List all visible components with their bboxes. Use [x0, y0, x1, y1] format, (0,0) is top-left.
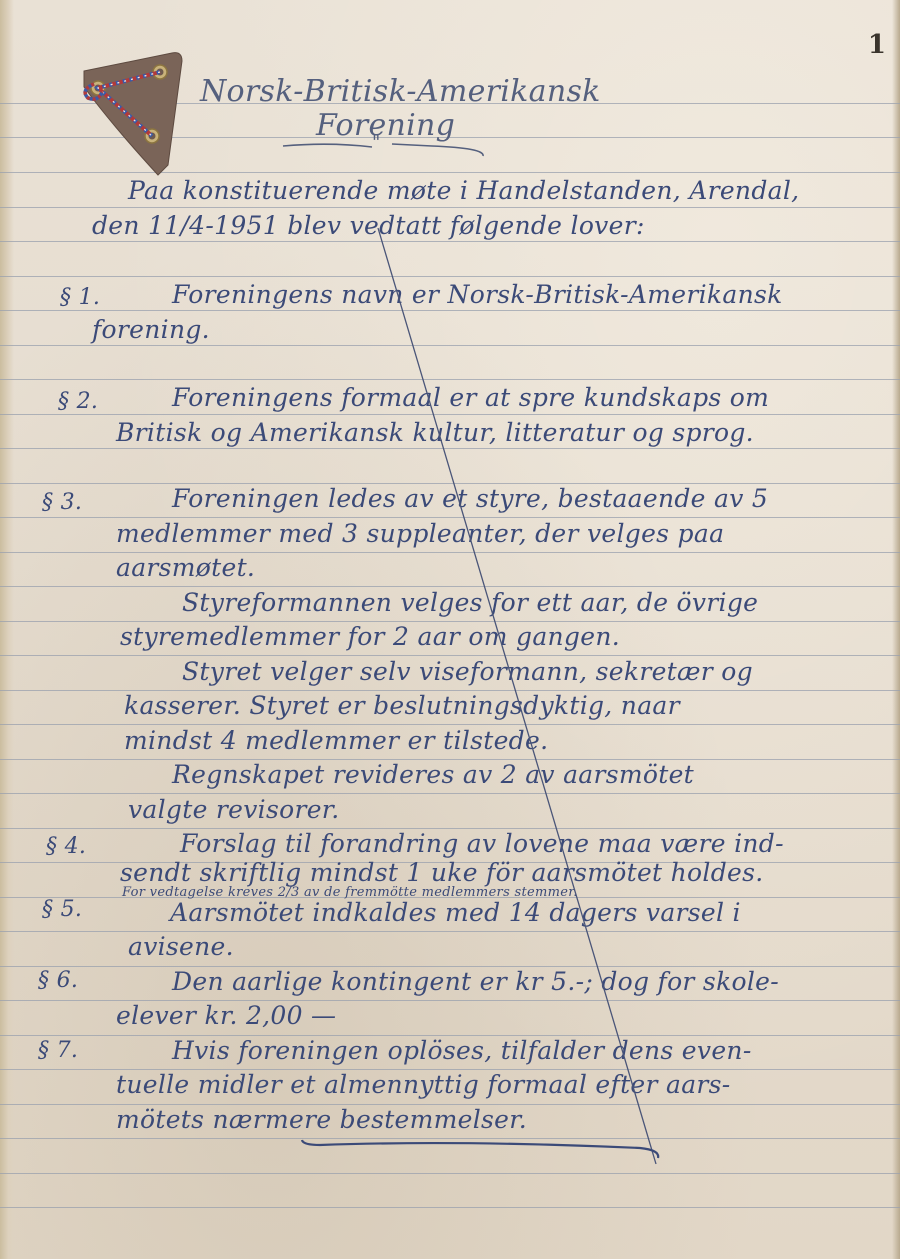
section-3-line-3: aarsmøtet. [116, 553, 255, 582]
ledger-page: 1 Norsk-Britisk-Amerikansk Forening " Pa… [0, 0, 900, 1259]
ruled-line [0, 345, 900, 346]
ruled-line [0, 241, 900, 242]
section-mark-1: § 1. [60, 285, 100, 310]
intro-line-2: den 11/4-1951 blev vedtatt følgende love… [92, 211, 645, 240]
ruled-line [0, 448, 900, 449]
section-3-line-8: mindst 4 medlemmer er tilstede. [124, 726, 548, 755]
section-6-line-1: Den aarlige kontingent er kr 5.-; dog fo… [172, 967, 779, 996]
section-3-line-10: valgte revisorer. [128, 795, 340, 824]
ruled-line [0, 1207, 900, 1208]
section-4-line-2: sendt skriftlig mindst 1 uke för aarsmöt… [120, 858, 763, 887]
binding-edge [0, 0, 14, 1259]
ditto-mark: " [372, 132, 381, 153]
section-6-line-2: elever kr. 2,00 — [116, 1001, 336, 1030]
section-7-line-3: mötets nærmere bestemmelser. [116, 1105, 527, 1134]
intro-line-1: Paa konstituerende møte i Handelstanden,… [128, 176, 799, 205]
ruled-line [0, 1138, 900, 1139]
section-mark-2: § 2. [58, 389, 98, 414]
section-3-line-6: Styret velger selv viseformann, sekretær… [182, 657, 753, 686]
ruled-line [0, 414, 900, 415]
section-7-line-1: Hvis foreningen oplöses, tilfalder dens … [172, 1036, 752, 1065]
page-edge [892, 0, 900, 1259]
document-title-line2: Forening [316, 108, 455, 143]
section-3-line-5: styremedlemmer for 2 aar om gangen. [120, 622, 620, 651]
section-mark-3: § 3. [42, 490, 82, 515]
ruled-line [0, 655, 900, 656]
ruled-line [0, 724, 900, 725]
section-3-line-4: Styreformannen velges for ett aar, de öv… [182, 588, 758, 617]
section-2-line-1: Foreningens formaal er at spre kundskaps… [172, 383, 769, 412]
document-title-line1: Norsk-Britisk-Amerikansk [200, 74, 601, 109]
section-1-line-1: Foreningens navn er Norsk-Britisk-Amerik… [172, 280, 783, 309]
section-4-line-1: Forslag til forandring av lovene maa vær… [180, 829, 784, 858]
section-mark-6: § 6. [38, 968, 78, 993]
section-mark-5: § 5. [42, 897, 82, 922]
section-5-line-2: avisene. [128, 932, 234, 961]
page-number: 1 [868, 30, 886, 60]
section-mark-4: § 4. [46, 834, 86, 859]
section-7-line-2: tuelle midler et almennyttig formaal eft… [116, 1070, 731, 1099]
ruled-line [0, 276, 900, 277]
ruled-line [0, 1173, 900, 1174]
ruled-line [0, 207, 900, 208]
section-3-line-2: medlemmer med 3 suppleanter, der velges … [116, 519, 724, 548]
ruled-line [0, 310, 900, 311]
section-3-line-7: kasserer. Styret er beslutningsdyktig, n… [124, 691, 680, 720]
leather-bookmark-tab [72, 40, 188, 180]
ruled-line [0, 517, 900, 518]
closing-flourish [302, 1140, 658, 1158]
section-2-line-2: Britisk og Amerikansk kultur, litteratur… [116, 418, 754, 447]
section-3-line-9: Regnskapet revideres av 2 av aarsmötet [172, 760, 694, 789]
section-1-line-2: forening. [92, 315, 210, 344]
ruled-line [0, 379, 900, 380]
section-3-line-1: Foreningen ledes av et styre, bestaaende… [172, 484, 768, 513]
section-5-line-1: Aarsmötet indkaldes med 14 dagers varsel… [170, 898, 741, 927]
ruled-line [0, 793, 900, 794]
ruled-line [0, 586, 900, 587]
section-mark-7: § 7. [38, 1038, 78, 1063]
